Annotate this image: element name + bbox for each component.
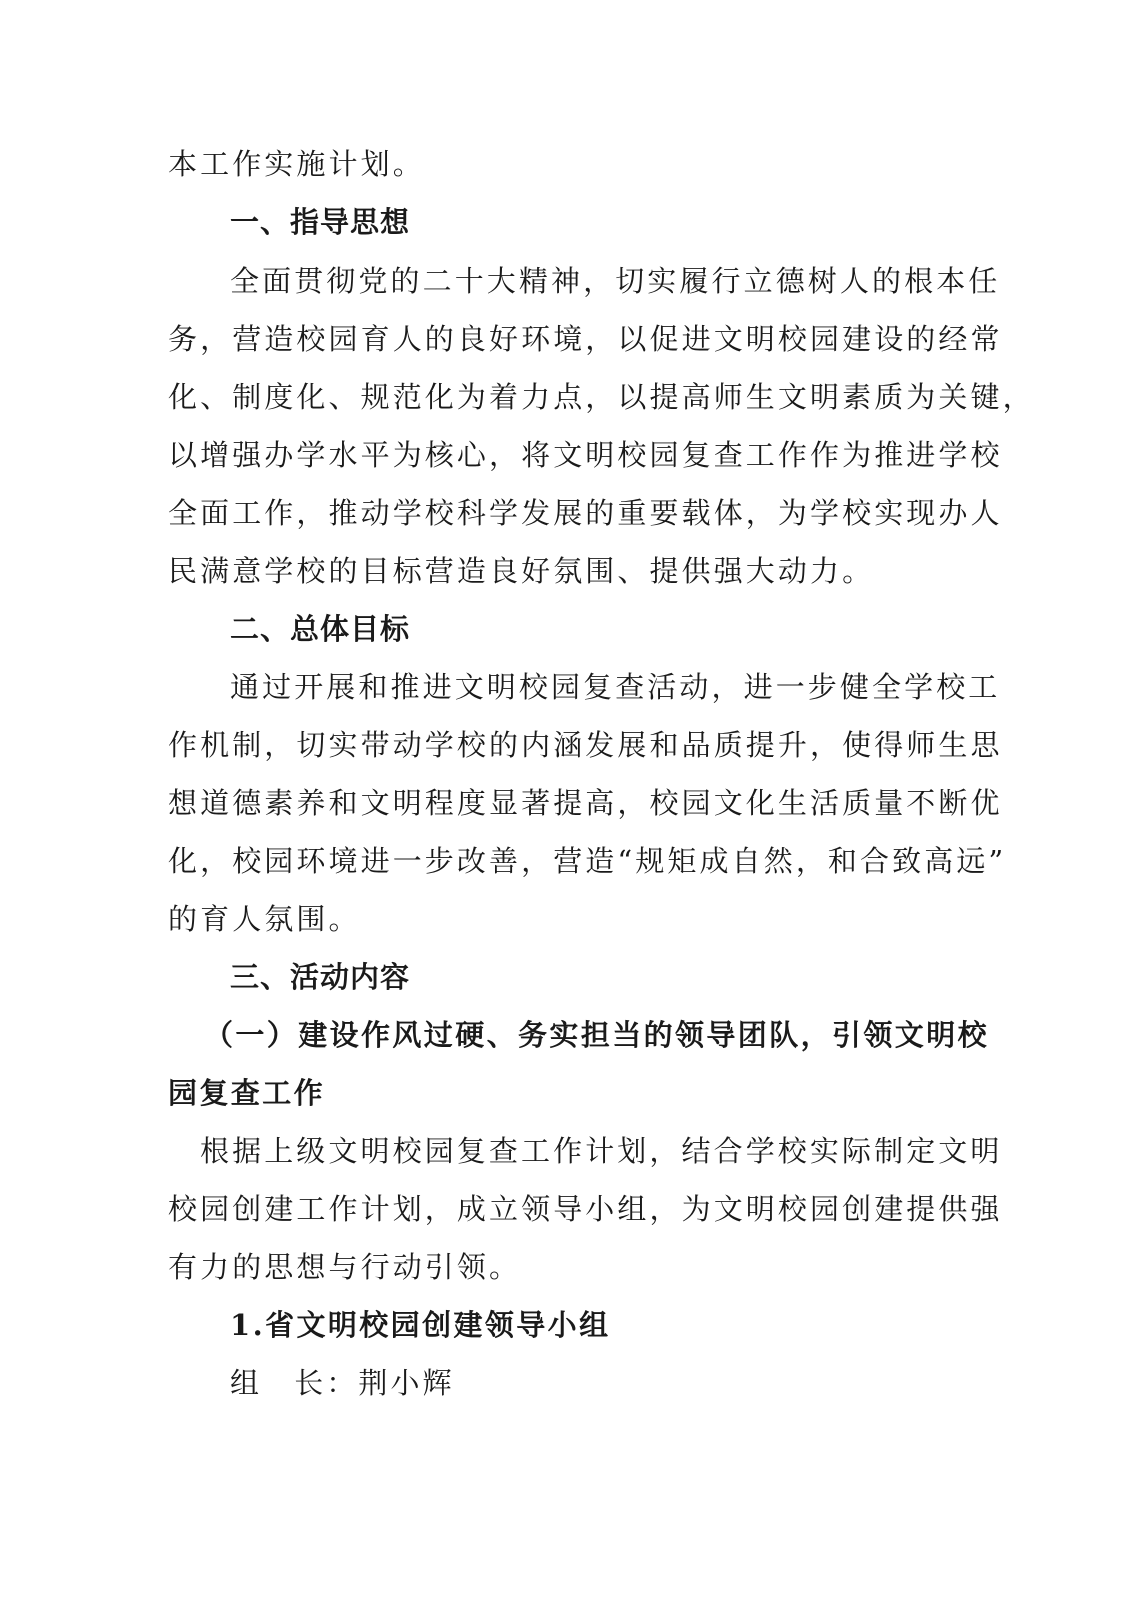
section-heading-overall-goals: 二、总体目标 — [230, 609, 410, 649]
paragraph-line: 全面工作，推动学校科学发展的重要载体，为学校实现办人 — [168, 493, 1003, 533]
group-leader-label: 组 长： — [230, 1366, 358, 1400]
paragraph-line: 通过开展和推进文明校园复查活动，进一步健全学校工 — [230, 667, 1000, 707]
paragraph-line: 作机制，切实带动学校的内涵发展和品质提升，使得师生思 — [168, 725, 1003, 765]
section-heading-guiding-ideology: 一、指导思想 — [230, 202, 410, 242]
paragraph-line: 想道德素养和文明程度显著提高，校园文化生活质量不断优 — [168, 783, 1003, 823]
paragraph-line: 全面贯彻党的二十大精神，切实履行立德树人的根本任 — [230, 261, 1000, 301]
subsection-title-line: 园复查工作 — [168, 1073, 325, 1113]
group-leader-name: 荆小辉 — [358, 1366, 454, 1400]
paragraph-line: 以增强办学水平为核心，将文明校园复查工作作为推进学校 — [168, 435, 1003, 475]
group-leader-row: 组 长：荆小辉 — [230, 1363, 455, 1403]
subsection-title-line: （一）建设作风过硬、务实担当的领导团队，引领文明校 — [204, 1015, 989, 1055]
intro-tail-text: 本工作实施计划。 — [168, 144, 425, 184]
paragraph-line: 务，营造校园育人的良好环境，以促进文明校园建设的经常 — [168, 319, 1003, 359]
paragraph-line: 的育人氛围。 — [168, 899, 361, 939]
paragraph-line: 校园创建工作计划，成立领导小组，为文明校园创建提供强 — [168, 1189, 1003, 1229]
paragraph-line: 化、制度化、规范化为着力点，以提高师生文明素质为关键， — [168, 377, 1035, 417]
paragraph-line: 化，校园环境进一步改善，营造“规矩成自然，和合致高远” — [168, 841, 1006, 881]
paragraph-line: 民满意学校的目标营造良好氛围、提供强大动力。 — [168, 551, 874, 591]
group-title: 1.省文明校园创建领导小组 — [230, 1305, 610, 1345]
paragraph-line: 有力的思想与行动引领。 — [168, 1247, 521, 1287]
paragraph-line: 根据上级文明校园复查工作计划，结合学校实际制定文明 — [200, 1131, 1003, 1171]
section-heading-activity-content: 三、活动内容 — [230, 957, 410, 997]
